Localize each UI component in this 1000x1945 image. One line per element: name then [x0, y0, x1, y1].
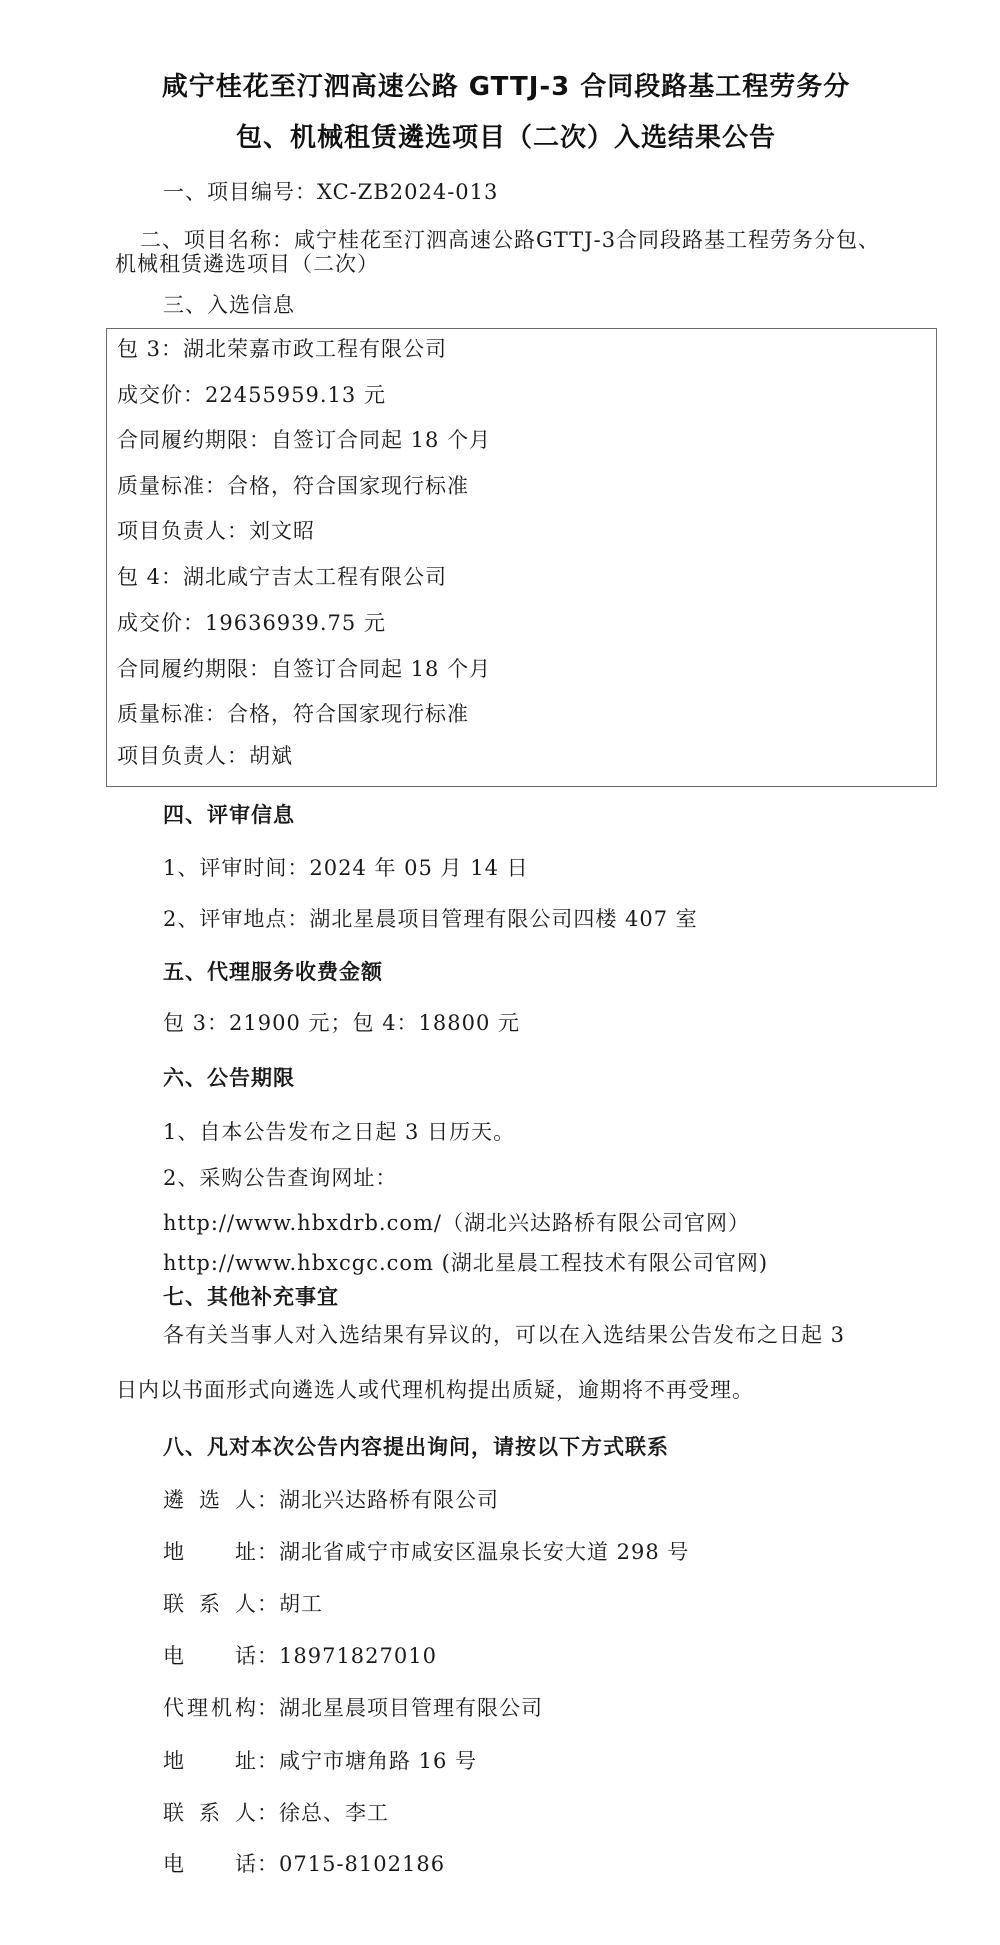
project-name-value-line-1: 咸宁桂花至汀泗高速公路GTTJ-3合同段路基工程劳务分包、 [294, 228, 880, 252]
contact-value: 湖北省咸宁市咸安区温泉长安大道 298 号 [279, 1540, 689, 1564]
contact-label: 电话 [163, 1851, 257, 1877]
package-3-price: 成交价：22455959.13 元 [117, 382, 386, 408]
package-4-term: 合同履约期限：自签订合同起 18 个月 [117, 656, 491, 682]
document-title-line-1: 咸宁桂花至汀泗高速公路 GTTJ-3 合同段路基工程劳务分 [0, 70, 1000, 104]
agency-fee: 包 3：21900 元；包 4：18800 元 [163, 1010, 520, 1036]
package-3-manager: 项目负责人：刘文昭 [117, 518, 315, 544]
package-3-winner: 包 3：湖北荣嘉市政工程有限公司 [117, 336, 447, 362]
contact-agency-person: 联系人：徐总、李工 [163, 1800, 389, 1826]
package-4-quality: 质量标准：合格，符合国家现行标准 [117, 701, 469, 727]
package-4-manager: 项目负责人：胡斌 [117, 743, 293, 769]
project-number-label: 一、项目编号： [163, 180, 317, 204]
project-name-label: 二、项目名称： [140, 228, 294, 252]
section-4-heading: 四、评审信息 [163, 802, 295, 828]
contact-label: 代理机构 [163, 1695, 257, 1721]
contact-value: 湖北星晨项目管理有限公司 [279, 1696, 543, 1720]
section-5-heading: 五、代理服务收费金额 [163, 959, 383, 985]
contact-agency-phone: 电话：0715-8102186 [163, 1851, 445, 1877]
section-7-heading: 七、其他补充事宜 [163, 1284, 339, 1310]
contact-agency: 代理机构：湖北星晨项目管理有限公司 [163, 1695, 543, 1721]
package-4-winner: 包 4：湖北咸宁吉太工程有限公司 [117, 564, 447, 590]
contact-label: 联系人 [163, 1800, 257, 1826]
contact-value: 徐总、李工 [279, 1801, 389, 1825]
contact-label: 遴选人 [163, 1487, 257, 1513]
objection-text-line-2: 日内以书面形式向遴选人或代理机构提出质疑，逾期将不再受理。 [116, 1377, 754, 1403]
contact-label: 地址 [163, 1539, 257, 1565]
project-name: 二、项目名称：咸宁桂花至汀泗高速公路GTTJ-3合同段路基工程劳务分包、 [140, 227, 880, 253]
section-8-heading: 八、凡对本次公告内容提出询问，请按以下方式联系 [163, 1434, 669, 1460]
section-3-heading: 三、入选信息 [163, 292, 295, 318]
project-number: 一、项目编号：XC-ZB2024-013 [163, 179, 498, 205]
project-number-value: XC-ZB2024-013 [317, 180, 498, 204]
contact-label: 联系人 [163, 1591, 257, 1617]
project-name-continuation: 机械租赁遴选项目（二次） [115, 251, 379, 277]
package-4-price: 成交价：19636939.75 元 [117, 610, 386, 636]
document-title-line-2: 包、机械租赁遴选项目（二次）入选结果公告 [0, 121, 1000, 155]
package-3-term: 合同履约期限：自签订合同起 18 个月 [117, 427, 491, 453]
query-url-label: 2、采购公告查询网址： [163, 1165, 397, 1191]
contact-value: 胡工 [279, 1592, 323, 1616]
notice-period: 1、自本公告发布之日起 3 日历天。 [163, 1119, 515, 1145]
objection-text-line-1: 各有关当事人对入选结果有异议的，可以在入选结果公告发布之日起 3 [163, 1322, 845, 1348]
contact-selector-address: 地址：湖北省咸宁市咸安区温泉长安大道 298 号 [163, 1539, 689, 1565]
contact-selector-phone: 电话：18971827010 [163, 1643, 437, 1669]
contact-selector: 遴选人：湖北兴达路桥有限公司 [163, 1487, 499, 1513]
review-time: 1、评审时间：2024 年 05 月 14 日 [163, 855, 529, 881]
contact-agency-address: 地址：咸宁市塘角路 16 号 [163, 1748, 477, 1774]
package-3-quality: 质量标准：合格，符合国家现行标准 [117, 473, 469, 499]
contact-selector-person: 联系人：胡工 [163, 1591, 323, 1617]
selection-info-box: 包 3：湖北荣嘉市政工程有限公司 成交价：22455959.13 元 合同履约期… [106, 328, 937, 787]
url-link-hbxdrb[interactable]: http://www.hbxdrb.com/（湖北兴达路桥有限公司官网） [163, 1210, 750, 1236]
contact-value: 咸宁市塘角路 16 号 [279, 1749, 477, 1773]
contact-label: 电话 [163, 1643, 257, 1669]
section-6-heading: 六、公告期限 [163, 1065, 295, 1091]
contact-value: 18971827010 [279, 1644, 437, 1668]
review-location: 2、评审地点：湖北星晨项目管理有限公司四楼 407 室 [163, 906, 698, 932]
contact-label: 地址 [163, 1748, 257, 1774]
url-link-hbxcgc[interactable]: http://www.hbxcgc.com (湖北星晨工程技术有限公司官网) [163, 1250, 768, 1276]
contact-value: 0715-8102186 [279, 1852, 445, 1876]
contact-value: 湖北兴达路桥有限公司 [279, 1488, 499, 1512]
